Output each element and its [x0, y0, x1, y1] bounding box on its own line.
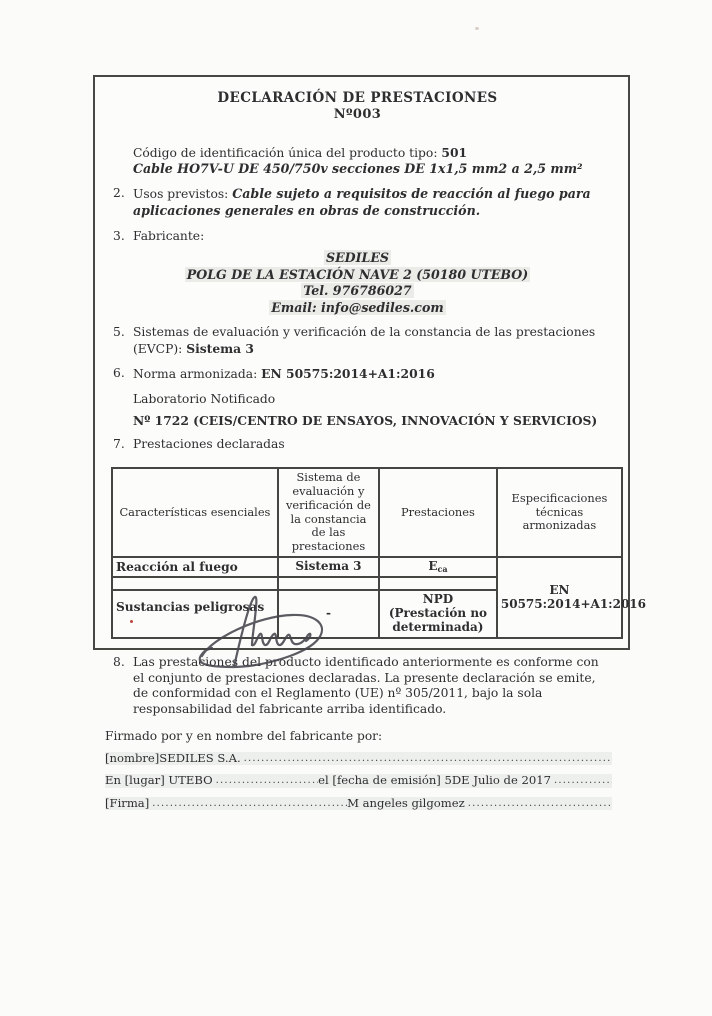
prestaciones-label: Prestaciones declaradas: [133, 437, 612, 453]
manufacturer-address: POLG DE LA ESTACIÓN NAVE 2 (50180 UTEBO): [103, 267, 612, 283]
lugar-label: En [lugar] UTEBO: [105, 774, 216, 787]
manufacturer-phone: Tel. 976786027: [103, 283, 612, 299]
item-declaration: 8. Las prestaciones del producto identif…: [103, 655, 612, 718]
manufacturer-address-text: POLG DE LA ESTACIÓN NAVE 2 (50180 UTEBO): [185, 267, 530, 282]
signature-row-nombre: [nombre]SEDILES S.A. ...................…: [105, 752, 612, 766]
item-body: Norma armonizada: EN 50575:2014+A1:2016: [133, 366, 612, 383]
dotted-leader: ........................................…: [152, 798, 347, 810]
manufacturer-name-text: SEDILES: [324, 250, 391, 265]
fabricante-label: Fabricante:: [133, 229, 612, 245]
laboratorio-line: Laboratorio Notificado: [133, 392, 612, 406]
product-code-label: Código de identificación única del produ…: [133, 146, 441, 160]
title-line-2: Nº003: [103, 107, 612, 123]
dotted-leader: ........................................…: [554, 775, 612, 787]
header-sistema: Sistema de evaluación y verificación de …: [278, 468, 379, 557]
item-body: Usos previstos: Cable sujeto a requisito…: [133, 186, 612, 219]
signature-row-lugar-fecha: En [lugar] UTEBO .......................…: [105, 774, 612, 788]
table-header-row: Características esenciales Sistema de ev…: [112, 468, 622, 557]
document-title: DECLARACIÓN DE PRESTACIONES Nº003: [103, 90, 612, 123]
item-prestaciones-declaradas: 7. Prestaciones declaradas: [103, 437, 612, 453]
manufacturer-email: Email: info@sediles.com: [103, 300, 612, 316]
usos-label: Usos previstos:: [133, 187, 232, 201]
item-number: 8.: [113, 655, 133, 718]
cell-npd: NPD (Prestación no determinada): [379, 590, 497, 637]
item-usos-previstos: 2. Usos previstos: Cable sujeto a requis…: [103, 186, 612, 219]
header-especificaciones: Especificaciones técnicas armonizadas: [497, 468, 622, 557]
firmante-name: M angeles gilgomez: [347, 797, 468, 810]
item-body: Sistemas de evaluación y verificación de…: [133, 325, 612, 357]
item-fabricante: 3. Fabricante:: [103, 229, 612, 245]
spacer-cell: [112, 577, 278, 590]
manufacturer-name: SEDILES: [103, 250, 612, 266]
norma-label: Norma armonizada:: [133, 367, 261, 381]
manufacturer-email-text: Email: info@sediles.com: [269, 300, 445, 315]
manufacturer-phone-text: Tel. 976786027: [301, 283, 413, 298]
laboratorio-value: Nº 1722 (CEIS/CENTRO DE ENSAYOS, INNOVAC…: [133, 413, 612, 428]
cell-eca: Eca: [379, 557, 497, 577]
item-norma: 6. Norma armonizada: EN 50575:2014+A1:20…: [103, 366, 612, 383]
item-evcp: 5. Sistemas de evaluación y verificación…: [103, 325, 612, 357]
item-number: 5.: [113, 325, 133, 357]
table-row-reaccion: Reacción al fuego Sistema 3 Eca EN 50575…: [112, 557, 622, 577]
header-prestaciones: Prestaciones: [379, 468, 497, 557]
product-description: Cable HO7V-U DE 450/750v secciones DE 1x…: [133, 161, 612, 177]
product-code-line: Código de identificación única del produ…: [133, 145, 612, 161]
signature-row-firma: [Firma] ................................…: [105, 797, 612, 811]
header-caracteristicas: Características esenciales: [112, 468, 278, 557]
manufacturer-block: SEDILES POLG DE LA ESTACIÓN NAVE 2 (5018…: [103, 250, 612, 315]
product-code-block: Código de identificación única del produ…: [133, 145, 612, 177]
dotted-leader: ........................................…: [216, 775, 319, 787]
product-code-value: 501: [441, 145, 467, 160]
fecha-label: el [fecha de emisión] 5DE Julio de 2017: [318, 774, 554, 787]
spacer-cell: [379, 577, 497, 590]
dotted-leader: ........................................…: [244, 753, 612, 765]
item-number: 3.: [113, 229, 133, 245]
scanned-page: DECLARACIÓN DE PRESTACIONES Nº003 Código…: [0, 0, 712, 1016]
nombre-label: [nombre]SEDILES S.A.: [105, 752, 244, 765]
document-border-frame: DECLARACIÓN DE PRESTACIONES Nº003 Código…: [93, 75, 630, 650]
evcp-value: Sistema 3: [186, 341, 254, 356]
cell-spec-merged: EN 50575:2014+A1:2016: [497, 557, 622, 638]
firma-label: [Firma]: [105, 797, 152, 810]
scan-speck: [475, 27, 479, 30]
dotted-leader: ........................................…: [468, 798, 612, 810]
item-number: 7.: [113, 437, 133, 453]
title-line-1: DECLARACIÓN DE PRESTACIONES: [103, 90, 612, 107]
eca-subscript: ca: [437, 564, 447, 574]
scan-speck: [130, 620, 133, 623]
spacer-cell: [278, 577, 379, 590]
cell-sistema-3: Sistema 3: [278, 557, 379, 577]
item-number: 6.: [113, 366, 133, 383]
handwritten-signature: [188, 592, 338, 674]
signed-by-intro: Firmado por y en nombre del fabricante p…: [105, 729, 612, 743]
norma-value: EN 50575:2014+A1:2016: [261, 366, 435, 381]
cell-reaccion-fuego: Reacción al fuego: [112, 557, 278, 577]
item-number: 2.: [113, 186, 133, 219]
